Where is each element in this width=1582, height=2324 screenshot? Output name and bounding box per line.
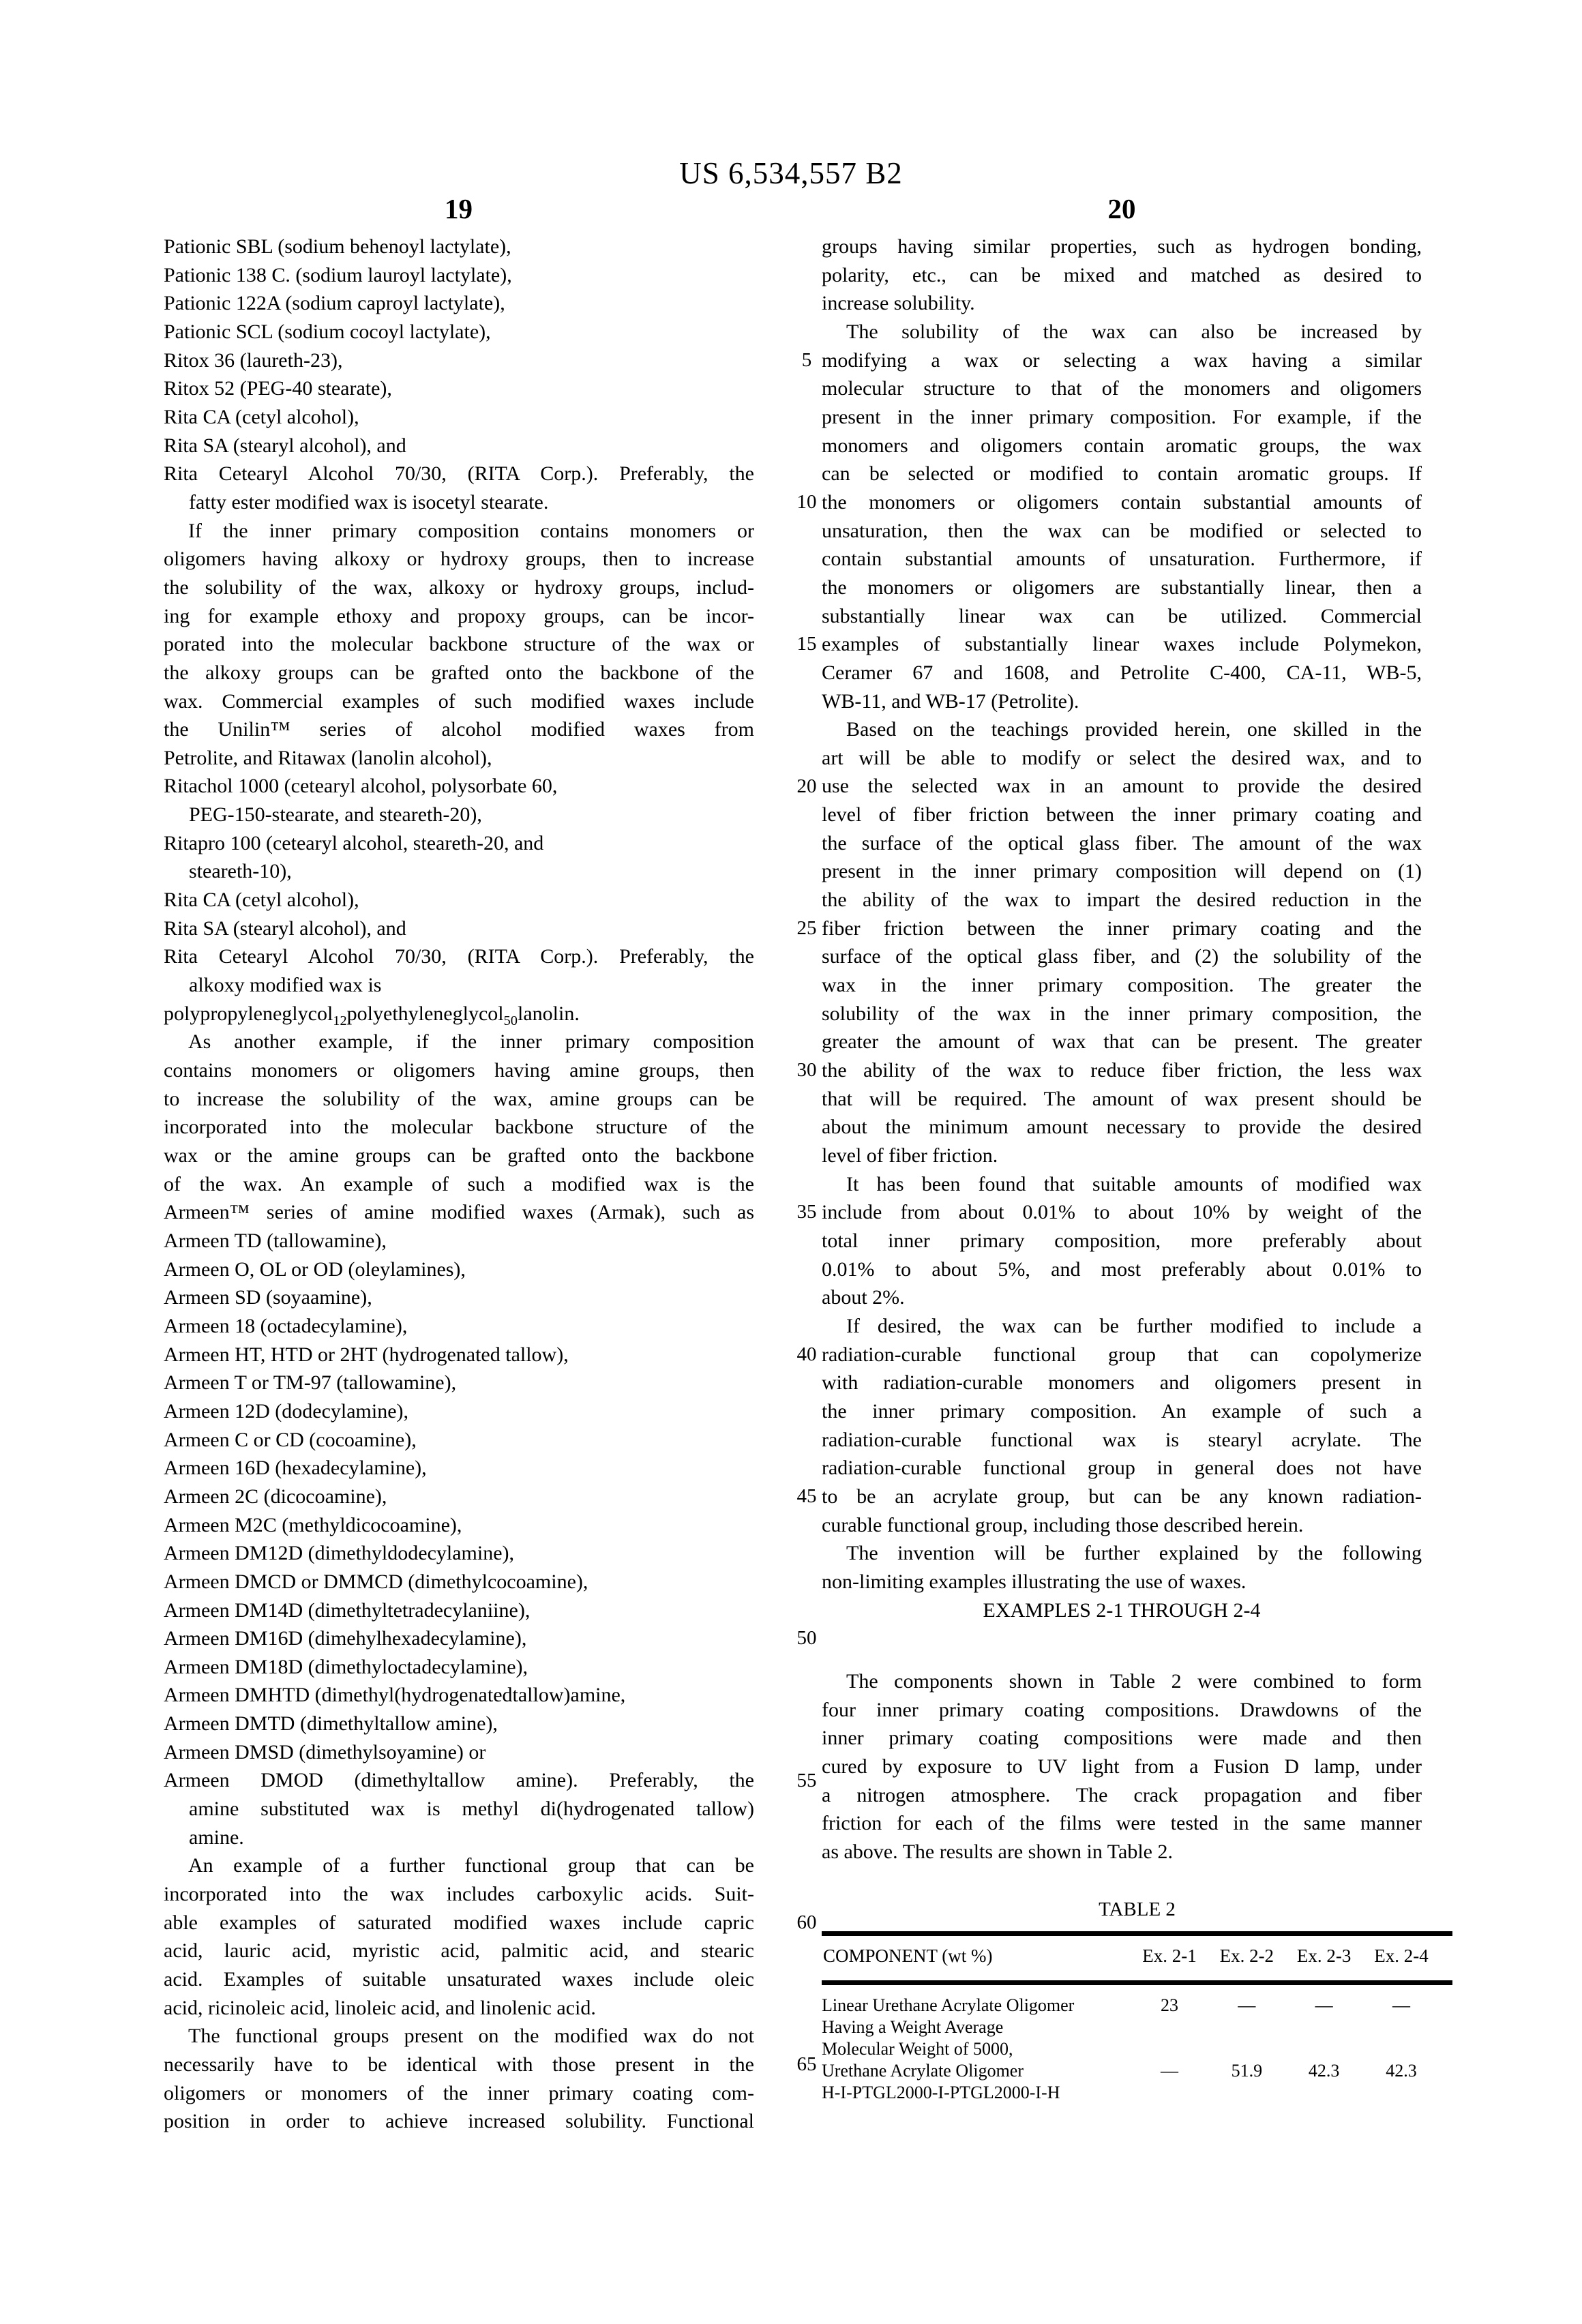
text-line: steareth-10), (164, 857, 754, 886)
text-line: surface of the optical glass fiber, and … (822, 942, 1422, 971)
text-line: greater the amount of wax that can be pr… (822, 1028, 1422, 1056)
text-line: wax or the amine groups can be grafted o… (164, 1142, 754, 1170)
text-line: to increase the solubility of the wax, a… (164, 1085, 754, 1114)
text-line: level of fiber friction between the inne… (822, 801, 1422, 829)
text-line: polypropyleneglycol12polyethyleneglycol5… (164, 1000, 754, 1028)
text-line: non-limiting examples illustrating the u… (822, 1568, 1422, 1596)
text-line: Armeen HT, HTD or 2HT (hydrogenated tall… (164, 1341, 754, 1369)
text-line: contains monomers or oligomers having am… (164, 1056, 754, 1085)
text-line: 0.01% to about 5%, and most preferably a… (822, 1255, 1422, 1284)
text-line: Pationic 122A (sodium caproyl lactylate)… (164, 289, 754, 318)
text-line: If the inner primary composition contain… (164, 517, 754, 546)
table-header-component: COMPONENT (wt %) (823, 1939, 993, 1972)
text-line: radiation-curable functional group in ge… (822, 1454, 1422, 1483)
text-line: Rita Cetearyl Alcohol 70/30, (RITA Corp.… (164, 460, 754, 488)
table-rule-mid (822, 1980, 1452, 1985)
table-cell-value: 42.3 (1290, 2060, 1358, 2082)
text-line: about the minimum amount necessary to pr… (822, 1113, 1422, 1142)
text-line: able examples of saturated modified waxe… (164, 1909, 754, 1937)
text-line: Armeen DMCD or DMMCD (dimethylcocoamine)… (164, 1568, 754, 1596)
text-line: incorporated into the wax includes carbo… (164, 1880, 754, 1909)
text-line: Ritox 36 (laureth-23), (164, 346, 754, 375)
text-line: Armeen DM16D (dimehylhexadecylamine), (164, 1624, 754, 1653)
table-cell-value: — (1290, 1995, 1358, 2016)
text-line: The invention will be further explained … (822, 1539, 1422, 1568)
text-line: Petrolite, and Ritawax (lanolin alcohol)… (164, 744, 754, 773)
text-line: molecular structure to that of the monom… (822, 374, 1422, 403)
text-line: Armeen 16D (hexadecylamine), (164, 1454, 754, 1483)
text-line: Rita CA (cetyl alcohol), (164, 886, 754, 914)
text-line: unsaturation, then the wax can be modifi… (822, 517, 1422, 546)
text-line: Armeen 18 (octadecylamine), (164, 1312, 754, 1341)
patent-number: US 6,534,557 B2 (0, 155, 1582, 191)
line-number: 50 (771, 1624, 842, 1653)
text-line: Rita Cetearyl Alcohol 70/30, (RITA Corp.… (164, 942, 754, 971)
text-line: Armeen T or TM-97 (tallowamine), (164, 1369, 754, 1397)
table-cell-value: 51.9 (1212, 2060, 1281, 2082)
text-line: Armeen O, OL or OD (oleylamines), (164, 1255, 754, 1284)
patent-page: US 6,534,557 B2 19 20 Pationic SBL (sodi… (0, 0, 1582, 2324)
text-line: modifying a wax or selecting a wax havin… (822, 346, 1422, 375)
table-component-label-line: H-I-PTGL2000-I-PTGL2000-I-H (822, 2082, 1452, 2104)
text-line: the ability of the wax to reduce fiber f… (822, 1056, 1422, 1085)
table-rule-top (822, 1931, 1452, 1936)
text-line: increase solubility. (822, 289, 1422, 318)
table-row: 23———Linear Urethane Acrylate OligomerHa… (822, 1995, 1452, 2060)
text-line: Armeen 12D (dodecylamine), (164, 1397, 754, 1426)
text-line: about 2%. (822, 1283, 1422, 1312)
text-line: The functional groups present on the mod… (164, 2022, 754, 2051)
text-line: position in order to achieve increased s… (164, 2107, 754, 2136)
text-line: oligomers or monomers of the inner prima… (164, 2079, 754, 2108)
table-component-label-line: Having a Weight Average (822, 2016, 1452, 2038)
table-component-label-line: Molecular Weight of 5000, (822, 2038, 1452, 2060)
left-column: Pationic SBL (sodium behenoyl lactylate)… (164, 233, 754, 2136)
text-line: that will be required. The amount of wax… (822, 1085, 1422, 1114)
text-line: Ceramer 67 and 1608, and Petrolite C-400… (822, 659, 1422, 687)
text-line: monomers and oligomers contain aromatic … (822, 432, 1422, 460)
text-line: of the wax. An example of such a modifie… (164, 1170, 754, 1199)
text-line: acid, ricinoleic acid, linoleic acid, an… (164, 1994, 754, 2023)
table-header-col: Ex. 2-4 (1367, 1939, 1435, 1972)
text-line: Pationic SCL (sodium cocoyl lactylate), (164, 318, 754, 346)
table-cell-value: — (1212, 1995, 1281, 2016)
table-cell-value: 42.3 (1367, 2060, 1435, 2082)
text-line: The components shown in Table 2 were com… (822, 1667, 1422, 1696)
table-header-col: Ex. 2-2 (1212, 1939, 1281, 1972)
text-line: the surface of the optical glass fiber. … (822, 829, 1422, 858)
text-line: Rita SA (stearyl alcohol), and (164, 914, 754, 943)
text-line: can be selected or modified to contain a… (822, 460, 1422, 488)
text-line: total inner primary composition, more pr… (822, 1227, 1422, 1255)
text-line: Armeen 2C (dicocoamine), (164, 1483, 754, 1511)
text-line: the monomers or oligomers are substantia… (822, 573, 1422, 602)
text-line: Armeen™ series of amine modified waxes (… (164, 1198, 754, 1227)
text-line: cured by exposure to UV light from a Fus… (822, 1753, 1422, 1781)
text-line: fiber friction between the inner primary… (822, 914, 1422, 943)
text-line: contain substantial amounts of unsaturat… (822, 545, 1422, 573)
text-line: the solubility of the wax, alkoxy or hyd… (164, 573, 754, 602)
text-line: radiation-curable functional group that … (822, 1341, 1422, 1369)
text-line: The solubility of the wax can also be in… (822, 318, 1422, 346)
text-line: ing for example ethoxy and propoxy group… (164, 602, 754, 631)
table-cell-value: 23 (1135, 1995, 1204, 2016)
text-line: Pationic SBL (sodium behenoyl lactylate)… (164, 233, 754, 261)
table-row: —51.942.342.3Urethane Acrylate OligomerH… (822, 2060, 1452, 2104)
text-line: Armeen M2C (methyldicocoamine), (164, 1511, 754, 1540)
text-line: radiation-curable functional wax is stea… (822, 1426, 1422, 1455)
text-line: curable functional group, including thos… (822, 1511, 1422, 1540)
text-line: examples of substantially linear waxes i… (822, 630, 1422, 659)
text-line: PEG-150-stearate, and steareth-20), (164, 801, 754, 829)
text-line: Ritox 52 (PEG-40 stearate), (164, 374, 754, 403)
text-line: Rita SA (stearyl alcohol), and (164, 432, 754, 460)
text-line: use the selected wax in an amount to pro… (822, 772, 1422, 801)
text-line: amine substituted wax is methyl di(hydro… (164, 1795, 754, 1823)
text-line: Pationic 138 C. (sodium lauroyl lactylat… (164, 261, 754, 290)
text-line: level of fiber friction. (822, 1142, 1422, 1170)
table-row-values: —51.942.342.3 (1135, 2060, 1435, 2082)
text-line: art will be able to modify or select the… (822, 744, 1422, 773)
text-line: the monomers or oligomers contain substa… (822, 488, 1422, 517)
examples-heading: EXAMPLES 2-1 THROUGH 2-4 (822, 1596, 1422, 1625)
table-row-values: 23——— (1135, 1995, 1435, 2016)
text-line: Armeen C or CD (cocoamine), (164, 1426, 754, 1455)
text-line: Armeen DMOD (dimethyltallow amine). Pref… (164, 1766, 754, 1795)
text-line: substantially linear wax can be utilized… (822, 602, 1422, 631)
text-line: wax in the inner primary composition. Th… (822, 971, 1422, 1000)
text-line: the inner primary composition. An exampl… (822, 1397, 1422, 1426)
text-line: include from about 0.01% to about 10% by… (822, 1198, 1422, 1227)
text-line: present in the inner primary composition… (822, 857, 1422, 886)
text-line: a nitrogen atmosphere. The crack propaga… (822, 1781, 1422, 1810)
text-line: As another example, if the inner primary… (164, 1028, 754, 1056)
text-line: to be an acrylate group, but can be any … (822, 1483, 1422, 1511)
text-line: the ability of the wax to impart the des… (822, 886, 1422, 914)
text-line: acid. Examples of suitable unsaturated w… (164, 1965, 754, 1994)
text-line: Armeen DMSD (dimethylsoyamine) or (164, 1738, 754, 1767)
text-line: Armeen DMTD (dimethyltallow amine), (164, 1710, 754, 1738)
right-column: groups having similar properties, such a… (822, 233, 1422, 1596)
table-2: TABLE 2 COMPONENT (wt %) Ex. 2-1 Ex. 2-2… (822, 1895, 1452, 2104)
text-line: Ritachol 1000 (cetearyl alcohol, polysor… (164, 772, 754, 801)
column-page-number-left: 19 (164, 192, 753, 225)
text-line: four inner primary coating compositions.… (822, 1696, 1422, 1725)
text-line: present in the inner primary composition… (822, 403, 1422, 432)
text-line: necessarily have to be identical with th… (164, 2051, 754, 2079)
text-line: If desired, the wax can be further modif… (822, 1312, 1422, 1341)
text-line: as above. The results are shown in Table… (822, 1838, 1422, 1866)
examples-paragraph: The components shown in Table 2 were com… (822, 1667, 1422, 1866)
text-line: wax. Commercial examples of such modifie… (164, 687, 754, 716)
table-header-columns: Ex. 2-1 Ex. 2-2 Ex. 2-3 Ex. 2-4 (1135, 1939, 1435, 1972)
text-line: groups having similar properties, such a… (822, 233, 1422, 261)
text-line: Armeen DMHTD (dimethyl(hydrogenatedtallo… (164, 1681, 754, 1710)
text-line: fatty ester modified wax is isocetyl ste… (164, 488, 754, 517)
text-line: acid, lauric acid, myristic acid, palmit… (164, 1937, 754, 1965)
table-cell-value: — (1367, 1995, 1435, 2016)
table-cell-value: — (1135, 2060, 1204, 2082)
table-header-col: Ex. 2-1 (1135, 1939, 1204, 1972)
column-page-number-right: 20 (822, 192, 1422, 225)
text-line: the Unilin™ series of alcohol modified w… (164, 715, 754, 744)
text-line: An example of a further functional group… (164, 1851, 754, 1880)
text-line: WB-11, and WB-17 (Petrolite). (822, 687, 1422, 716)
text-line: Armeen TD (tallowamine), (164, 1227, 754, 1255)
text-line: solubility of the wax in the inner prima… (822, 1000, 1422, 1028)
table-rows: 23———Linear Urethane Acrylate OligomerHa… (822, 1995, 1452, 2104)
text-line: amine. (164, 1823, 754, 1852)
text-line: the alkoxy groups can be grafted onto th… (164, 659, 754, 687)
table-title: TABLE 2 (822, 1895, 1452, 1924)
text-line: incorporated into the molecular backbone… (164, 1113, 754, 1142)
text-line: Rita CA (cetyl alcohol), (164, 403, 754, 432)
table-header-col: Ex. 2-3 (1290, 1939, 1358, 1972)
text-line: friction for each of the films were test… (822, 1809, 1422, 1838)
text-line: Armeen DM14D (dimethyltetradecylaniine), (164, 1596, 754, 1625)
text-line: Armeen DM18D (dimethyloctadecylamine), (164, 1653, 754, 1682)
text-line: Based on the teachings provided herein, … (822, 715, 1422, 744)
text-line: inner primary coating compositions were … (822, 1724, 1422, 1753)
text-line: porated into the molecular backbone stru… (164, 630, 754, 659)
text-line: Armeen DM12D (dimethyldodecylamine), (164, 1539, 754, 1568)
text-line: Ritapro 100 (cetearyl alcohol, steareth-… (164, 829, 754, 858)
text-line: alkoxy modified wax is (164, 971, 754, 1000)
text-line: Armeen SD (soyaamine), (164, 1283, 754, 1312)
text-line: with radiation-curable monomers and olig… (822, 1369, 1422, 1397)
text-line: oligomers having alkoxy or hydroxy group… (164, 545, 754, 573)
table-header-row: COMPONENT (wt %) Ex. 2-1 Ex. 2-2 Ex. 2-3… (822, 1939, 1452, 1972)
text-line: polarity, etc., can be mixed and matched… (822, 261, 1422, 290)
text-line: It has been found that suitable amounts … (822, 1170, 1422, 1199)
